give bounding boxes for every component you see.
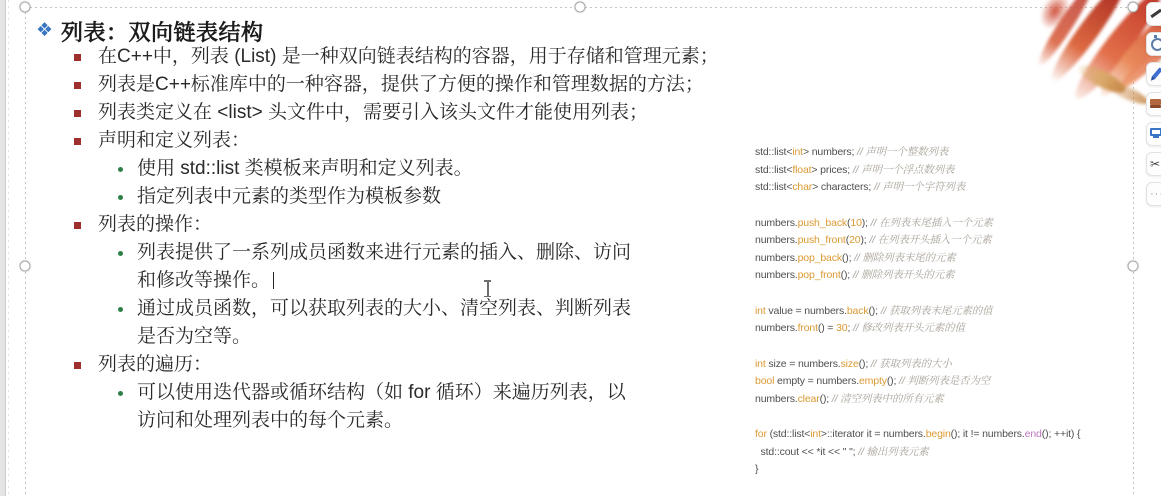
toolbar-button-eraser[interactable] [1146,92,1161,116]
bullet-text-line: 列表的遍历： [98,351,720,379]
toolbar-button-monitor[interactable] [1146,122,1161,146]
selection-border-right [1133,7,1134,496]
code-group: for (std::list<int>::iterator it = numbe… [755,426,1080,479]
green-dot-bullet-icon [118,391,123,396]
slide-canvas[interactable]: ❖ 列表：双向链表结构 在C++中，列表 (List) 是一种双向链表结构的容器… [0,0,1161,496]
pen-tip-icon [1150,7,1161,21]
code-line: std::list<char> characters; // 声明一个字符列表 [755,179,1080,197]
monitor-icon [1150,127,1161,141]
red-square-bullet-icon [74,362,81,369]
code-line: std::list<float> prices; // 声明一个浮点数列表 [755,162,1080,180]
code-line: numbers.front() = 30; // 修改列表开头元素的值 [755,320,1080,338]
slide-title-row[interactable]: ❖ 列表：双向链表结构 [36,16,264,46]
bullet-text-line: 列表的操作： [98,211,720,239]
bullet-item-level2[interactable]: 可以使用迭代器或循环结构（如 for 循环）来遍历列表，以访问和处理列表中的每个… [0,379,720,435]
code-line: for (std::list<int>::iterator it = numbe… [755,426,1080,444]
text-caret [273,272,274,289]
slide-title: 列表：双向链表结构 [61,16,264,47]
bullet-item-level1[interactable]: 列表的遍历： [0,351,720,379]
selection-handle-top-left[interactable] [20,2,31,13]
green-dot-bullet-icon [118,195,123,200]
bullet-text-line: 使用 std::list 类模板来声明和定义列表。 [137,155,720,183]
code-line: int size = numbers.size(); // 获取列表的大小 [755,356,1080,374]
pen-icon [1150,67,1161,81]
code-line: int value = numbers.back(); // 获取列表末尾元素的… [755,303,1080,321]
bullet-text-line: 声明和定义列表： [98,127,720,155]
code-group: int value = numbers.back(); // 获取列表末尾元素的… [755,303,1080,338]
bullet-text-line: 和修改等操作。 [137,267,720,295]
selection-handle-top-center[interactable] [575,2,586,13]
code-group: int size = numbers.size(); // 获取列表的大小boo… [755,356,1080,409]
bullet-item-level1[interactable]: 列表的操作： [0,211,720,239]
code-line: } [755,461,1080,479]
bullet-text-line: 列表是C++标准库中的一种容器，提供了方便的操作和管理数据的方法； [98,71,720,99]
red-square-bullet-icon [74,110,81,117]
flame-decoration [1020,0,1161,165]
side-toolbar: ✂··· [1146,0,1161,220]
code-line: numbers.pop_back(); // 删除列表末尾的元素 [755,250,1080,268]
bullet-item-level1[interactable]: 列表类定义在 <list> 头文件中，需要引入该头文件才能使用列表； [0,99,720,127]
code-group: numbers.push_back(10); // 在列表末尾插入一个元素num… [755,215,1080,285]
toolbar-button-scissors[interactable]: ✂ [1146,152,1161,176]
red-square-bullet-icon [74,138,81,145]
blue-diamond-bullet-icon: ❖ [36,16,53,46]
code-line: std::cout << *it << " "; // 输出列表元素 [755,444,1080,462]
toolbar-button-more[interactable]: ··· [1146,182,1161,206]
selection-handle-left-middle[interactable] [20,261,31,272]
code-line: numbers.push_front(20); // 在列表开头插入一个元素 [755,232,1080,250]
code-line: numbers.push_back(10); // 在列表末尾插入一个元素 [755,215,1080,233]
selection-handle-right-middle[interactable] [1128,261,1139,272]
green-dot-bullet-icon [118,307,123,312]
bullet-text-line: 通过成员函数，可以获取列表的大小、清空列表、判断列表 [137,295,720,323]
bullet-text-line: 可以使用迭代器或循环结构（如 for 循环）来遍历列表，以 [137,379,720,407]
scissors-icon: ✂ [1150,157,1160,171]
toolbar-button-gear[interactable] [1146,32,1161,56]
code-line: std::list<int> numbers; // 声明一个整数列表 [755,144,1080,162]
bullet-text-line: 指定列表中元素的类型作为模板参数 [137,183,720,211]
red-square-bullet-icon [74,82,81,89]
eraser-icon [1150,97,1161,111]
code-line: bool empty = numbers.empty(); // 判断列表是否为… [755,373,1080,391]
bullet-item-level2[interactable]: 使用 std::list 类模板来声明和定义列表。 [0,155,720,183]
bullet-item-level2[interactable]: 通过成员函数，可以获取列表的大小、清空列表、判断列表是否为空等。 [0,295,720,351]
code-panel[interactable]: std::list<int> numbers; // 声明一个整数列表std::… [755,144,1080,496]
bullet-text-line: 列表类定义在 <list> 头文件中，需要引入该头文件才能使用列表； [98,99,720,127]
bullet-text-line: 访问和处理列表中的每个元素。 [137,407,720,435]
bullet-item-level1[interactable]: 列表是C++标准库中的一种容器，提供了方便的操作和管理数据的方法； [0,71,720,99]
toolbar-button-pen-tip[interactable] [1146,2,1161,26]
bullet-text-line: 在C++中，列表 (List) 是一种双向链表结构的容器，用于存储和管理元素； [98,43,720,71]
toolbar-button-pen[interactable] [1146,62,1161,86]
bullet-item-level2[interactable]: 指定列表中元素的类型作为模板参数 [0,183,720,211]
more-icon: ··· [1150,187,1161,201]
green-dot-bullet-icon [118,167,123,172]
bullet-text-line: 是否为空等。 [137,323,720,351]
code-line: numbers.clear(); // 清空列表中的所有元素 [755,391,1080,409]
selection-handle-top-right[interactable] [1128,2,1139,13]
red-square-bullet-icon [74,54,81,61]
code-line: numbers.pop_front(); // 删除列表开头的元素 [755,267,1080,285]
green-dot-bullet-icon [118,251,123,256]
bullet-list[interactable]: 在C++中，列表 (List) 是一种双向链表结构的容器，用于存储和管理元素；列… [0,43,720,435]
code-group: std::list<int> numbers; // 声明一个整数列表std::… [755,144,1080,197]
bullet-item-level2[interactable]: 列表提供了一系列成员函数来进行元素的插入、删除、访问和修改等操作。 [0,239,720,295]
gear-icon [1150,37,1161,51]
bullet-item-level1[interactable]: 在C++中，列表 (List) 是一种双向链表结构的容器，用于存储和管理元素； [0,43,720,71]
bullet-item-level1[interactable]: 声明和定义列表： [0,127,720,155]
red-square-bullet-icon [74,222,81,229]
bullet-text-line: 列表提供了一系列成员函数来进行元素的插入、删除、访问 [137,239,720,267]
